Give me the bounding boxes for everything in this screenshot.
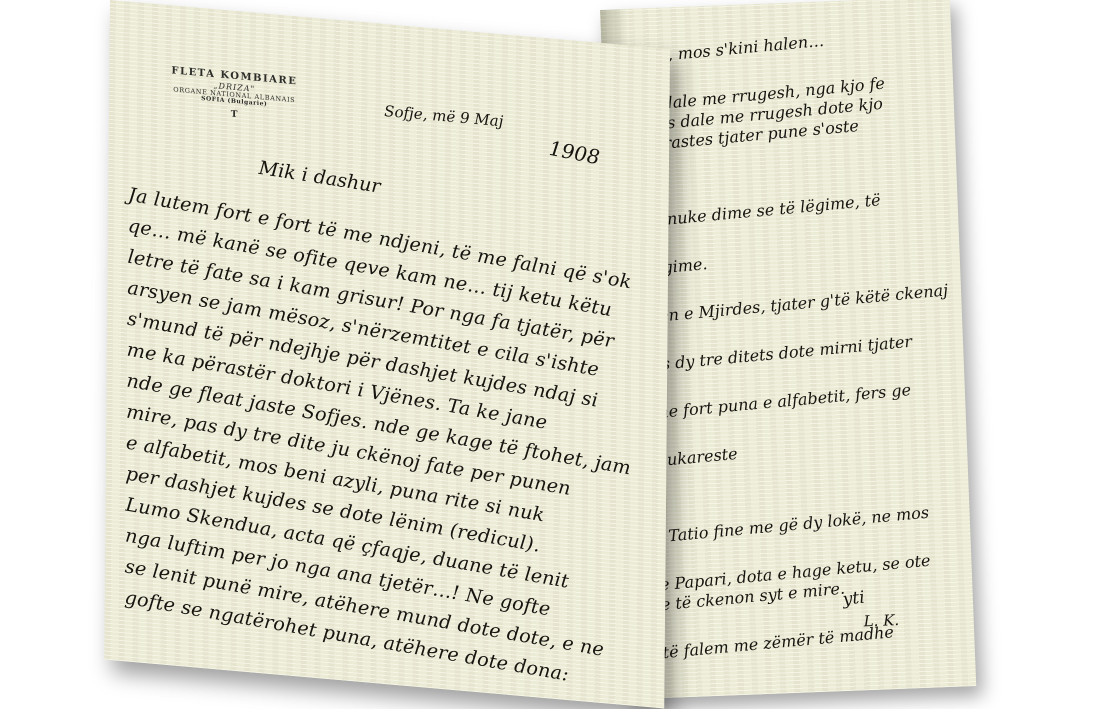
letter-date: Sofje, më 9 Maj: [384, 102, 503, 130]
letter-scan: …ges, mos s'kini halen… …te dale me rrug…: [0, 0, 1104, 709]
signature: yti: [842, 588, 866, 610]
letter-year: 1908: [548, 136, 601, 169]
left-page-body: Ja lutem fort e fort të me ndjeni, të me…: [125, 180, 649, 659]
signature-initials: L. K.: [863, 611, 899, 630]
letterhead: FLETA KOMBIARE „DRIZA" ORGANE NATIONAL A…: [149, 63, 319, 127]
right-page-body: …ges, mos s'kini halen… …te dale me rrug…: [624, 37, 967, 665]
letter-page-left: FLETA KOMBIARE „DRIZA" ORGANE NATIONAL A…: [104, 0, 670, 708]
